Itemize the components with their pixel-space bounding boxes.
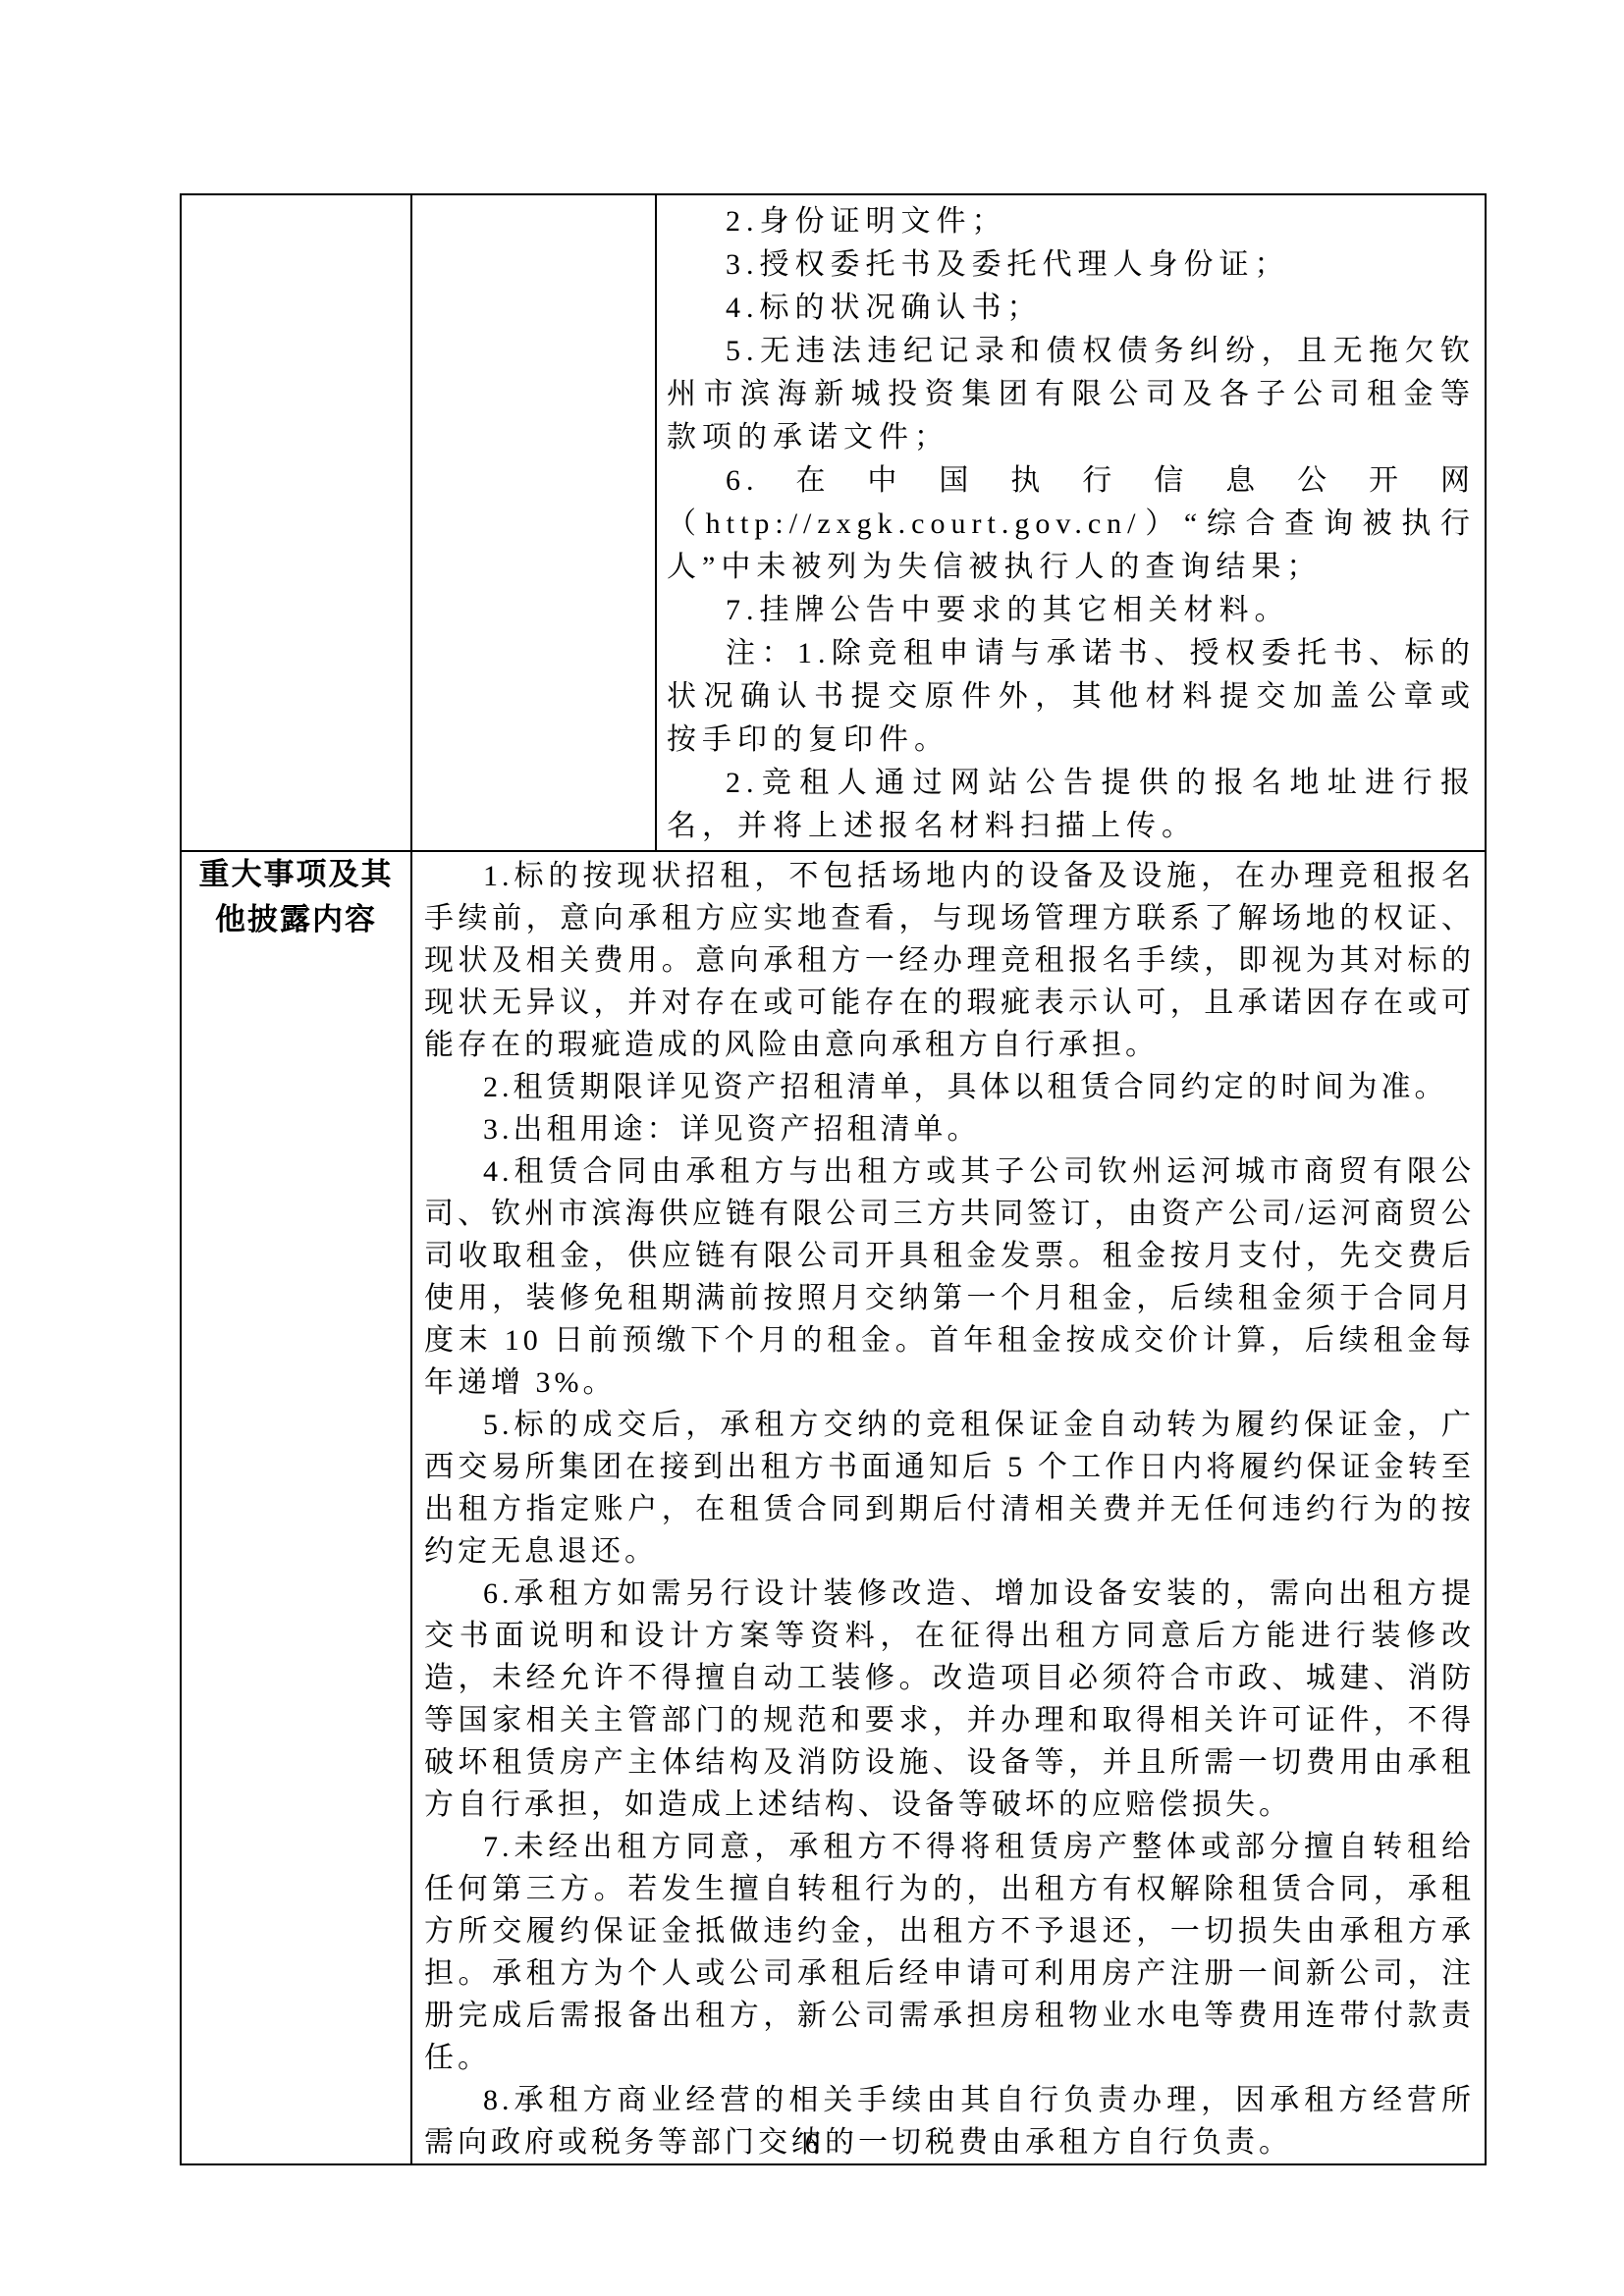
paragraph: 3.出租用途：详见资产招租清单。 — [424, 1108, 1475, 1150]
disclosure-table: 2.身份证明文件； 3.授权委托书及委托代理人身份证； 4.标的状况确认书； 5… — [180, 193, 1487, 2165]
paragraph: 4.租赁合同由承租方与出租方或其子公司钦州运河城市商贸有限公司、钦州市滨海供应链… — [424, 1150, 1475, 1404]
paragraph: 7.未经出租方同意，承租方不得将租赁房产整体或部分擅自转租给任何第三方。若发生擅… — [424, 1826, 1475, 2079]
row1-content-cell: 2.身份证明文件； 3.授权委托书及委托代理人身份证； 4.标的状况确认书； 5… — [656, 194, 1486, 851]
table-row-continued: 2.身份证明文件； 3.授权委托书及委托代理人身份证； 4.标的状况确认书； 5… — [181, 194, 1486, 851]
major-items-header-cell: 重大事项及其他披露内容 — [181, 851, 411, 2164]
major-items-header-label: 重大事项及其他披露内容 — [199, 857, 394, 936]
paragraph: 1.标的按现状招租，不包括场地内的设备及设施，在办理竞租报名手续前，意向承租方应… — [424, 855, 1475, 1066]
paragraph: 3.授权委托书及委托代理人身份证； — [667, 243, 1476, 287]
paragraph: 6.承租方如需另行设计装修改造、增加设备安装的，需向出租方提交书面说明和设计方案… — [424, 1573, 1475, 1826]
row1-subcategory-cell-empty — [411, 194, 656, 851]
row1-category-cell-empty — [181, 194, 411, 851]
paragraph: 2.租赁期限详见资产招租清单，具体以租赁合同约定的时间为准。 — [424, 1066, 1475, 1108]
paragraph: 2.身份证明文件； — [667, 200, 1476, 243]
paragraph: 5.无违法违纪记录和债权债务纠纷，且无拖欠钦州市滨海新城投资集团有限公司及各子公… — [667, 330, 1476, 459]
paragraph: 7.挂牌公告中要求的其它相关材料。 — [667, 589, 1476, 632]
table-row-major-items: 重大事项及其他披露内容 1.标的按现状招租，不包括场地内的设备及设施，在办理竞租… — [181, 851, 1486, 2164]
paragraph: 6.在中国执行信息公开网（http://zxgk.court.gov.cn/）“… — [667, 459, 1476, 589]
paragraph: 注：1.除竞租申请与承诺书、授权委托书、标的状况确认书提交原件外，其他材料提交加… — [667, 632, 1476, 762]
major-items-content-cell: 1.标的按现状招租，不包括场地内的设备及设施，在办理竞租报名手续前，意向承租方应… — [411, 851, 1486, 2164]
paragraph: 5.标的成交后，承租方交纳的竞租保证金自动转为履约保证金，广西交易所集团在接到出… — [424, 1404, 1475, 1573]
paragraph: 4.标的状况确认书； — [667, 287, 1476, 330]
document-page: 2.身份证明文件； 3.授权委托书及委托代理人身份证； 4.标的状况确认书； 5… — [0, 0, 1624, 2296]
paragraph: 2.竞租人通过网站公告提供的报名地址进行报名，并将上述报名材料扫描上传。 — [667, 762, 1476, 848]
page-number: 6 — [0, 2126, 1624, 2162]
